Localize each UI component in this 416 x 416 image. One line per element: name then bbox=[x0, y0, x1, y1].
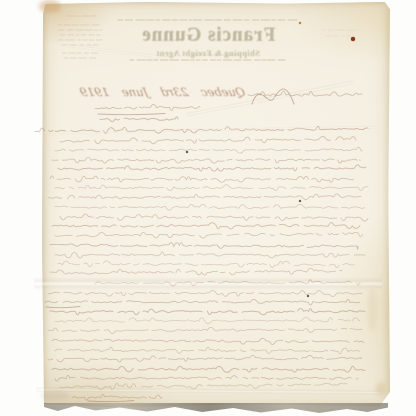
scanned-letter-canvas: Francis Gunne Shipping & Freight Agent Q… bbox=[0, 0, 416, 416]
paper-stain bbox=[368, 287, 377, 333]
paper-stain bbox=[42, 391, 70, 401]
letterhead-company-name: Francis Gunne bbox=[116, 24, 300, 45]
handwritten-date-line: Quebec 23rd June 1919 bbox=[65, 85, 246, 99]
paper-stain bbox=[376, 382, 386, 396]
letterhead: Francis Gunne Shipping & Freight Agent bbox=[116, 12, 300, 58]
letterhead-subtitle: Shipping & Freight Agent bbox=[116, 48, 300, 58]
showthrough-mirror-layer: Francis Gunne Shipping & Freight Agent Q… bbox=[0, 0, 416, 416]
paper-stain bbox=[39, 0, 61, 13]
